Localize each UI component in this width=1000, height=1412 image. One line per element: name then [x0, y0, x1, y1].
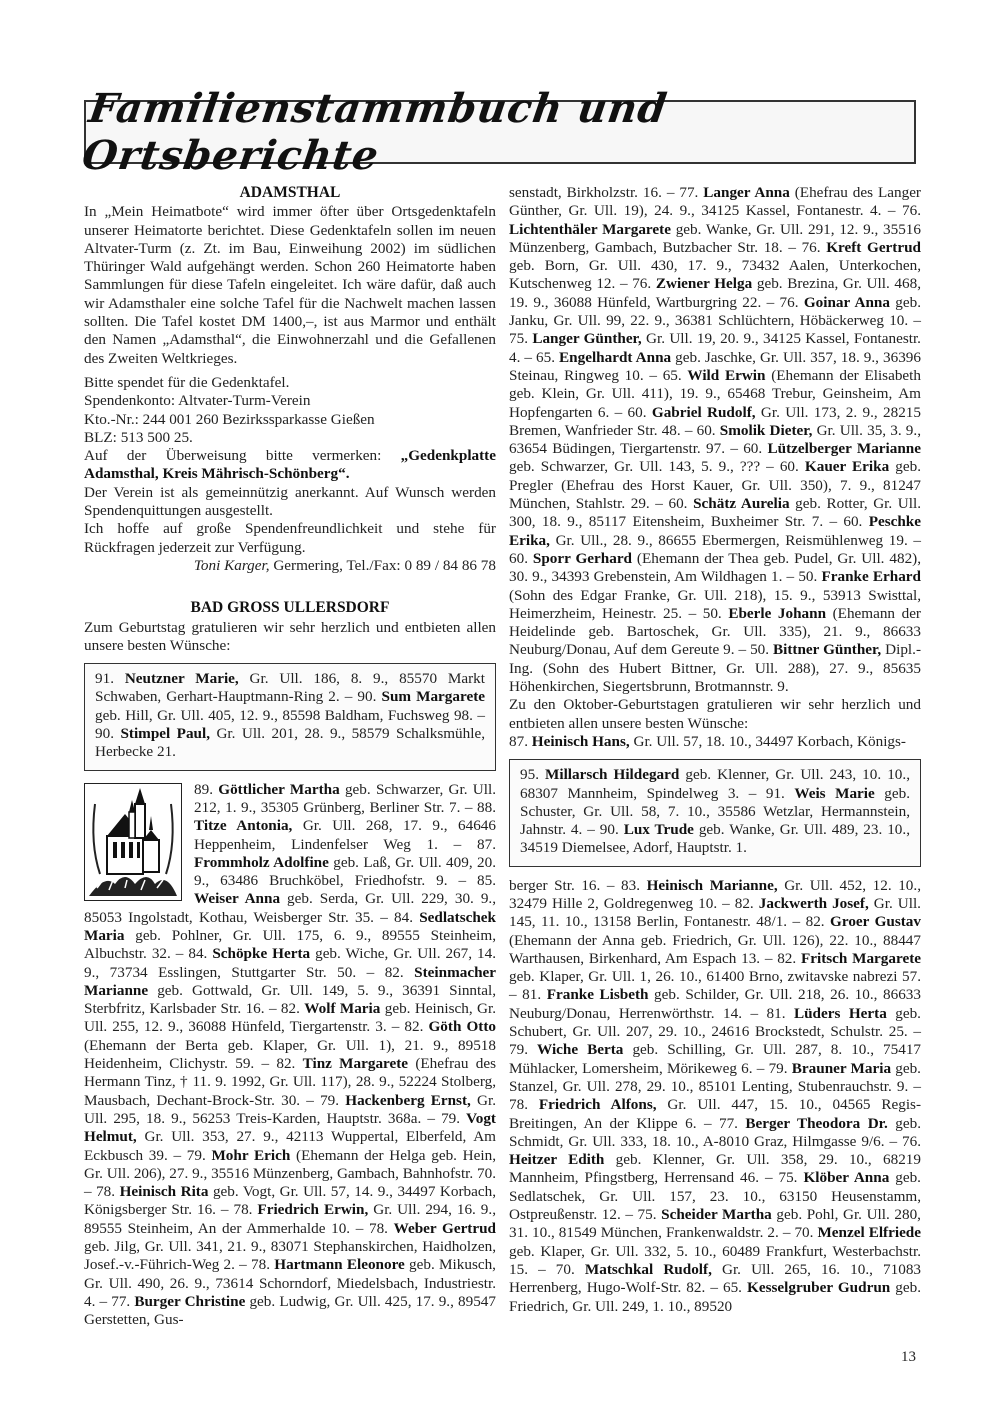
person-name: Fritsch Margarete — [801, 950, 921, 967]
person-name: Schätz Aurelia — [693, 495, 789, 512]
person-name: Lichtenthäler Margarete — [509, 221, 671, 238]
person-name: Mohr Erich — [211, 1147, 290, 1164]
page-title: Familienstammbuch und Ortsberichte — [79, 85, 920, 179]
person-name: Sum Margarete — [382, 688, 486, 705]
person-name: Weber Gertrud — [394, 1220, 496, 1237]
highlight-box-september: 91. Neutzner Marie, Gr. Ull. 186, 8. 9.,… — [84, 663, 496, 770]
person-name: Groer Gustav — [830, 913, 921, 930]
adamsthal-closing: Ich hoffe auf große Spendenfreundlichkei… — [84, 520, 496, 557]
entry-text: 95. — [520, 766, 545, 783]
person-name: Brauner Maria — [792, 1060, 891, 1077]
person-name: Langer Anna — [703, 184, 790, 201]
adamsthal-blz: BLZ: 513 500 25. — [84, 429, 496, 447]
adamsthal-signature: Toni Karger, Germering, Tel./Fax: 0 89 /… — [84, 557, 496, 575]
person-name: Eberle Johann — [728, 605, 826, 622]
adamsthal-transfer-note: Auf der Überweisung bitte vermerken: „Ge… — [84, 447, 496, 484]
person-name: Franke Erhard — [821, 568, 921, 585]
transfer-note-prefix: Auf der Überweisung bitte vermerken: — [84, 447, 401, 464]
person-name: Tinz Margarete — [303, 1055, 408, 1072]
person-name: Hartmann Eleonore — [274, 1256, 405, 1273]
right-column: senstadt, Birkholzstr. 16. – 77. Langer … — [509, 184, 921, 1316]
person-name: Wolf Maria — [304, 1000, 380, 1017]
person-name: Schöpke Herta — [212, 945, 310, 962]
person-name: Lux Trude — [624, 821, 694, 838]
entry-text: 87. — [509, 733, 532, 750]
person-name: Stimpel Paul, — [120, 725, 210, 742]
person-name: Burger Christine — [134, 1293, 245, 1310]
person-name: Lüders Herta — [794, 1005, 887, 1022]
person-name: Wiche Berta — [537, 1041, 623, 1058]
page-number: 13 — [901, 1349, 916, 1366]
person-name: Hackenberg Ernst, — [345, 1092, 471, 1109]
person-name: Weis Marie — [794, 785, 874, 802]
highlight-box-october: 95. Millarsch Hildegard geb. Klenner, Gr… — [509, 759, 921, 866]
adamsthal-charity-note: Der Verein ist als gemeinnützig anerkann… — [84, 484, 496, 521]
person-name: Wild Erwin — [687, 367, 765, 384]
person-name: Heitzer Edith — [509, 1151, 604, 1168]
person-name: Neutzner Marie, — [125, 670, 239, 687]
person-name: Lützelberger Marianne — [768, 440, 921, 457]
birthday-entries-september-continued: senstadt, Birkholzstr. 16. – 77. Langer … — [509, 184, 921, 696]
person-name: Berger Theodora Dr. — [745, 1115, 887, 1132]
person-name: Millarsch Hildegard — [545, 766, 679, 783]
boxed-birthday-entries: 91. Neutzner Marie, Gr. Ull. 186, 8. 9.,… — [95, 670, 485, 761]
person-name: Zwiener Helga — [656, 275, 752, 292]
signature-contact: Germering, Tel./Fax: 0 89 / 84 86 78 — [270, 557, 496, 574]
person-name: Jackwerth Josef, — [759, 895, 869, 912]
entry-text: 89. — [194, 781, 218, 798]
person-name: Heinisch Marianne, — [647, 877, 778, 894]
person-name: Scheider Martha — [661, 1206, 772, 1223]
signature-name: Toni Karger, — [194, 557, 270, 574]
person-name: Weiser Anna — [194, 890, 280, 907]
section-heading-adamsthal: ADAMSTHAL — [84, 184, 496, 202]
person-name: Kauer Erika — [805, 458, 889, 475]
ullersdorf-intro: Zum Geburtstag gratulieren wir sehr herz… — [84, 619, 496, 656]
entry-text: Gr. Ull. 57, 18. 10., 34497 Korbach, Kön… — [630, 733, 906, 750]
adamsthal-account: Spendenkonto: Altvater-Turm-Verein — [84, 392, 496, 410]
person-name: Kreft Gertrud — [826, 239, 921, 256]
birthday-entry-october-first: 87. Heinisch Hans, Gr. Ull. 57, 18. 10.,… — [509, 733, 921, 751]
october-intro: Zu den Oktober-Geburtstagen gratulieren … — [509, 696, 921, 733]
entry-text: 91. — [95, 670, 125, 687]
birthday-entries-october: berger Str. 16. – 83. Heinisch Marianne,… — [509, 877, 921, 1316]
person-name: Menzel Elfriede — [817, 1224, 921, 1241]
church-icon — [85, 784, 181, 900]
person-name: Göttlicher Martha — [218, 781, 339, 798]
person-name: Franke Lisbeth — [547, 986, 649, 1003]
person-name: Langer Günther, — [532, 330, 641, 347]
section-banner: Familienstammbuch und Ortsberichte — [84, 100, 916, 164]
person-name: Bittner Günther, — [773, 641, 881, 658]
person-name: Heinisch Rita — [120, 1183, 209, 1200]
adamsthal-intro: In „Mein Heimatbote“ wird immer öfter üb… — [84, 203, 496, 368]
entry-text: berger Str. 16. – 83. — [509, 877, 647, 894]
person-name: Gabriel Rudolf, — [652, 404, 756, 421]
entry-text: senstadt, Birkholzstr. 16. – 77. — [509, 184, 703, 201]
person-name: Friedrich Erwin, — [257, 1201, 368, 1218]
person-name: Heinisch Hans, — [532, 733, 630, 750]
church-illustration — [84, 783, 182, 901]
person-name: Engelhardt Anna — [559, 349, 671, 366]
boxed-birthday-entries-october: 95. Millarsch Hildegard geb. Klenner, Gr… — [520, 766, 910, 857]
person-name: Kesselgruber Gudrun — [747, 1279, 890, 1296]
adamsthal-appeal: Bitte spendet für die Gedenktafel. — [84, 374, 496, 392]
person-name: Matschkal Rudolf, — [585, 1261, 712, 1278]
adamsthal-account-number: Kto.-Nr.: 244 001 260 Bezirkssparkasse G… — [84, 411, 496, 429]
person-name: Göth Otto — [428, 1018, 496, 1035]
left-column: ADAMSTHAL In „Mein Heimatbote“ wird imme… — [84, 184, 496, 1330]
person-name: Friedrich Alfons, — [539, 1096, 657, 1113]
person-name: Smolik Dieter, — [720, 422, 813, 439]
person-name: Sporr Gerhard — [533, 550, 632, 567]
person-name: Titze Antonia, — [194, 817, 292, 834]
section-heading-bad-gross-ullersdorf: BAD GROSS ULLERSDORF — [84, 599, 496, 617]
person-name: Goinar Anna — [804, 294, 890, 311]
entry-text: geb. Schwarzer, Gr. Ull. 143, 5. 9., ???… — [509, 458, 805, 475]
person-name: Klöber Anna — [803, 1169, 889, 1186]
person-name: Frommholz Adolfine — [194, 854, 329, 871]
